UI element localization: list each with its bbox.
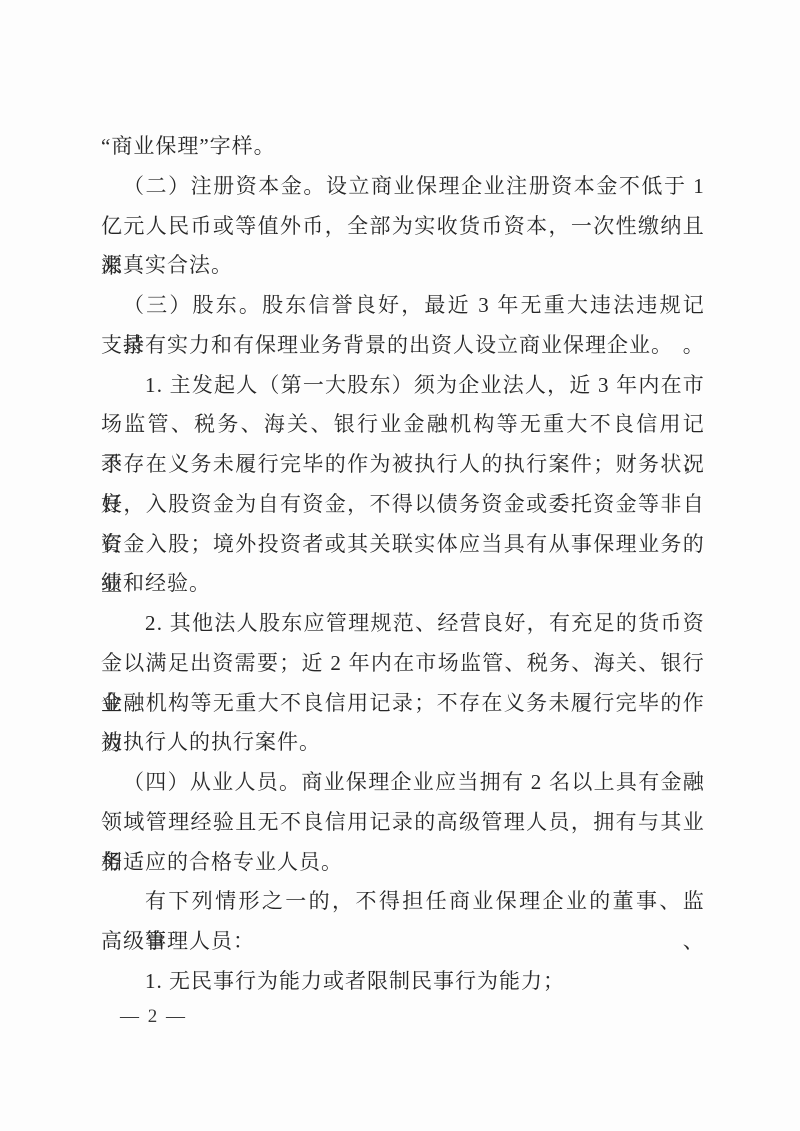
doc-line: （四）从业人员。商业保理企业应当拥有 2 名以上具有金融 xyxy=(101,762,705,802)
document-page: “商业保理”字样。 （二）注册资本金。设立商业保理企业注册资本金不低于 1 亿元… xyxy=(0,0,800,1131)
doc-line: 被执行人的执行案件。 xyxy=(101,722,705,762)
doc-line: 相适应的合格专业人员。 xyxy=(101,842,705,882)
doc-line: “商业保理”字样。 xyxy=(101,126,705,166)
doc-line: 金以满足出资需要；近 2 年内在市场监管、税务、海关、银行业 xyxy=(101,643,705,683)
doc-line: 好，入股资金为自有资金，不得以债务资金或委托资金等非自有 xyxy=(101,484,705,524)
doc-line: 场监管、税务、海关、银行业金融机构等无重大不良信用记录； xyxy=(101,404,705,444)
doc-line: 金融机构等无重大不良信用记录；不存在义务未履行完毕的作为 xyxy=(101,683,705,723)
doc-line: 高级管理人员： xyxy=(101,921,705,961)
doc-line: 绩和经验。 xyxy=(101,563,705,603)
page-number: — 2 — xyxy=(120,1002,187,1032)
doc-line: 源真实合法。 xyxy=(101,245,705,285)
doc-line: 1. 主发起人（第一大股东）须为企业法人，近 3 年内在市 xyxy=(101,365,705,405)
doc-line: （三）股东。股东信誉良好，最近 3 年无重大违法违规记录。 xyxy=(101,285,705,325)
doc-line: 领域管理经验且无不良信用记录的高级管理人员，拥有与其业务 xyxy=(101,802,705,842)
doc-line: 亿元人民币或等值外币，全部为实收货币资本，一次性缴纳且来 xyxy=(101,206,705,246)
doc-line: 有下列情形之一的，不得担任商业保理企业的董事、监事、 xyxy=(101,881,705,921)
doc-line: 支持有实力和有保理业务背景的出资人设立商业保理企业。 xyxy=(101,325,705,365)
doc-line: 不存在义务未履行完毕的作为被执行人的执行案件；财务状况良 xyxy=(101,444,705,484)
doc-line: 2. 其他法人股东应管理规范、经营良好，有充足的货币资 xyxy=(101,603,705,643)
doc-line: 1. 无民事行为能力或者限制民事行为能力； xyxy=(101,961,705,1001)
doc-line: （二）注册资本金。设立商业保理企业注册资本金不低于 1 xyxy=(101,166,705,206)
doc-line: 资金入股；境外投资者或其关联实体应当具有从事保理业务的业 xyxy=(101,524,705,564)
document-text-block: “商业保理”字样。 （二）注册资本金。设立商业保理企业注册资本金不低于 1 亿元… xyxy=(101,0,705,1131)
